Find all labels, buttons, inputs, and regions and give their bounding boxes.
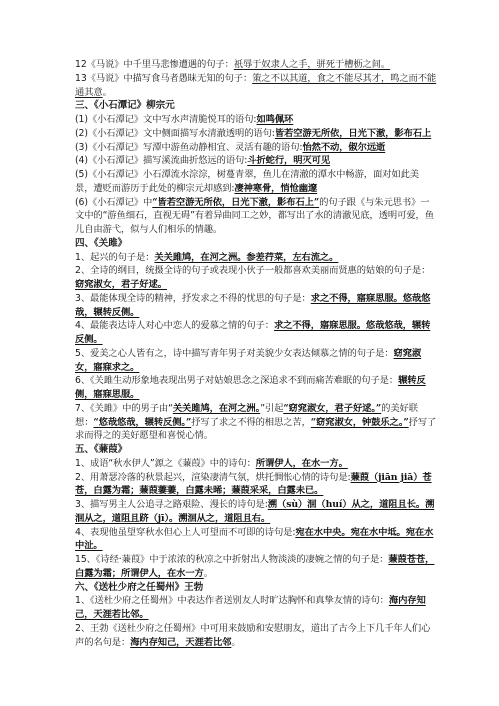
prompt-text: (4)《小石潭记》描写溪流曲折悠远的语句: bbox=[75, 155, 247, 166]
answer-text: “悠哉悠哉，辗转反侧。” bbox=[93, 417, 191, 428]
question-item: 2、全诗的纲目，统摄全诗的句子或表现小伙子一般都喜欢美丽而贤惠的姑娘的句子是：窈… bbox=[75, 264, 437, 292]
question-item: 6、《关雎生动形象地表现出男子对姑娘思念之深追求不到而痛苦难眠的句子是：辗转反侧… bbox=[75, 374, 437, 402]
prompt-text: 1、起兴的句子是： bbox=[75, 252, 154, 263]
prompt-text: 六、《送杜少府之任蜀州》王勃 bbox=[75, 582, 203, 593]
question-item: 1、成语“秋水伊人”源之《蒹葭》中的诗句：所谓伊人，在水一方。 bbox=[75, 457, 437, 471]
question-item: (3)《小石潭记》写潭中游鱼动静相宜、灵活有趣的语句:怡然不动，俶尔远逝 bbox=[75, 141, 437, 155]
answer-text: 关关雎鸠，在河之洲。 bbox=[173, 403, 260, 414]
question-item: 1、起兴的句子是：关关雎鸠，在河之洲。参差荇菜，左右流之。 bbox=[75, 251, 437, 265]
answer-text: 皆若空游无所依，日光下澈，影布石上 bbox=[275, 128, 431, 139]
answer-text: 窈窕淑女，君子好逑。 bbox=[75, 279, 167, 290]
question-item: 4、表现他虽望穿秋水但心上人可望而不可即的诗句是:宛在水中央。宛在水中坻。宛在水… bbox=[75, 526, 437, 554]
prompt-text: 1、《送杜少府之任蜀州》中表达作者送别友人时旷达胸怀和真挚友情的诗句： bbox=[75, 595, 389, 606]
question-item: 1、《送杜少府之任蜀州》中表达作者送别友人时旷达胸怀和真挚友情的诗句：海内存知己… bbox=[75, 594, 437, 622]
prompt-text: (1)《小石潭记》文中写水声清脆悦耳的语句: bbox=[75, 114, 256, 125]
question-item: 3、描写男主人公追寻之路艰险、漫长的诗句是:溯（sù）洄（huí）从之，道阻且长… bbox=[75, 498, 437, 526]
question-item: (1)《小石潭记》文中写水声清脆悦耳的语句:如鸣佩环 bbox=[75, 113, 437, 127]
prompt-text: 。 bbox=[204, 568, 213, 579]
question-item: (5)《小石潭记》小石潭流水淙淙，树蔓青翠，鱼儿在清澈的潭水中畅游，面对如此美景… bbox=[75, 168, 437, 196]
section-heading: 五、《蒹葭》 bbox=[75, 443, 437, 457]
answer-text: 斗折蛇行，明灭可见 bbox=[247, 155, 330, 166]
prompt-text: 4、最能表达诗人对心中恋人的爱慕之情的句子： bbox=[75, 320, 274, 331]
question-item: (6)《小石潭记》中“皆若空游无所依，日光下澈，影布石上”的句子跟《与朱元思书》… bbox=[75, 196, 437, 237]
section-heading: 六、《送杜少府之任蜀州》王勃 bbox=[75, 581, 437, 595]
prompt-text: 抒写了求之不得的相思之苦， bbox=[191, 417, 311, 428]
document-page: 12《马说》中千里马悲惨遭遇的句子：祇辱于奴隶人之手，骈死于槽枥之间。13《马说… bbox=[75, 58, 437, 649]
prompt-text: 2、王勃《送杜少府之任蜀州》中可用来鼓励和安慰朋友，道出了古今上下几千年人们心声… bbox=[75, 623, 430, 648]
question-item: 2、用萧瑟冷落的秋景起兴，渲染凄清气氛，烘托惆怅心情的诗句是:蒹葭（jiān j… bbox=[75, 471, 437, 499]
prompt-text: 3、最能体现全诗的精神，抒发求之不得的忧思的句子是： bbox=[75, 293, 311, 304]
answer-text: 所谓伊人，在水一方。 bbox=[256, 458, 348, 469]
prompt-text: 2、用萧瑟冷落的秋景起兴，渲染凄清气氛，烘托惆怅心情的诗句是: bbox=[75, 472, 351, 483]
prompt-text: 15、《诗经·蒹葭》中于浓浓的秋凉之中折射出人物淡淡的凄婉之情的句子是： bbox=[75, 554, 388, 565]
section-heading: 四、《关雎》 bbox=[75, 237, 437, 251]
prompt-text: 。 bbox=[231, 637, 240, 648]
prompt-text: 三、《小石潭记》柳宗元 bbox=[75, 100, 175, 111]
prompt-text: 13《马说》中描写食马者愚昧无知的句子： bbox=[75, 73, 252, 84]
question-item: 3、最能体现全诗的精神，抒发求之不得的忧思的句子是：求之不得，寤寐思服。悠哉悠哉… bbox=[75, 292, 437, 320]
prompt-text: 3、描写男主人公追寻之路艰险、漫长的诗句是: bbox=[75, 499, 268, 510]
answer-text: 怡然不动，俶尔远逝 bbox=[302, 142, 385, 153]
prompt-text: 6、《关雎生动形象地表现出男子对姑娘思念之深追求不到而痛苦难眠的句子是： bbox=[75, 375, 398, 386]
prompt-text: 4、表现他虽望穿秋水但心上人可望而不可即的诗句是: bbox=[75, 527, 295, 538]
answer-text: 海内存知己，天涯若比邻 bbox=[130, 637, 231, 648]
prompt-text: (6)《小石潭记》中 bbox=[75, 197, 152, 208]
prompt-text: 。 bbox=[103, 87, 112, 98]
question-item: 7、《关雎》中的男子由“关关雎鸠，在河之洲。”引起“窈窕淑女，君子好逑。”的美好… bbox=[75, 402, 437, 443]
answer-text: “皆若空游无所依，日光下澈，影布石上” bbox=[152, 197, 319, 208]
answer-text: “窈窕淑女，钟鼓乐之。” bbox=[311, 417, 409, 428]
question-item: (4)《小石潭记》描写溪流曲折悠远的语句:斗折蛇行，明灭可见 bbox=[75, 154, 437, 168]
prompt-text: 7、《关雎》中的男子由“ bbox=[75, 403, 173, 414]
question-item: 13《马说》中描写食马者愚昧无知的句子：策之不以其道，食之不能尽其才，鸣之而不能… bbox=[75, 72, 437, 100]
question-item: 5、爱美之心人皆有之，诗中描写青年男子对美貌少女表达倾慕之情的句子是：窈窕淑女，… bbox=[75, 347, 437, 375]
prompt-text: 12《马说》中千里马悲惨遭遇的句子： bbox=[75, 59, 234, 70]
prompt-text: 五、《蒹葭》 bbox=[75, 444, 127, 455]
answer-text: 祇辱于奴隶人之手，骈死于槽枥之间。 bbox=[234, 59, 390, 70]
answer-text: “窈窕淑女，君子好逑。” bbox=[283, 403, 381, 414]
prompt-text: 2、全诗的纲目，统摄全诗的句子或表现小伙子一般都喜欢美丽而贤惠的姑娘的句子是： bbox=[75, 265, 430, 276]
question-item: 12《马说》中千里马悲惨遭遇的句子：祇辱于奴隶人之手，骈死于槽枥之间。 bbox=[75, 58, 437, 72]
prompt-text: 1、成语“秋水伊人”源之《蒹葭》中的诗句： bbox=[75, 458, 256, 469]
question-item: 4、最能表达诗人对心中恋人的爱慕之情的句子：求之不得，寤寐思服。悠哉悠哉，辗转反… bbox=[75, 319, 437, 347]
prompt-text: ”引起 bbox=[260, 403, 283, 414]
prompt-text: 5、爱美之心人皆有之，诗中描写青年男子对美貌少女表达倾慕之情的句子是： bbox=[75, 348, 394, 359]
question-item: 2、王勃《送杜少府之任蜀州》中可用来鼓励和安慰朋友，道出了古今上下几千年人们心声… bbox=[75, 622, 437, 650]
answer-text: 如鸣佩环 bbox=[256, 114, 293, 125]
answer-text: 凄神寒骨，悄怆幽邃 bbox=[234, 183, 317, 194]
question-item: 15、《诗经·蒹葭》中于浓浓的秋凉之中折射出人物淡淡的凄婉之情的句子是：蒹葭苍苍… bbox=[75, 553, 437, 581]
section-heading: 三、《小石潭记》柳宗元 bbox=[75, 99, 437, 113]
prompt-text: (2)《小石潭记》文中侧面描写水清澈透明的语句: bbox=[75, 128, 275, 139]
prompt-text: (3)《小石潭记》写潭中游鱼动静相宜、灵活有趣的语句: bbox=[75, 142, 302, 153]
prompt-text: 四、《关雎》 bbox=[75, 238, 127, 249]
question-item: (2)《小石潭记》文中侧面描写水清澈透明的语句:皆若空游无所依，日光下澈，影布石… bbox=[75, 127, 437, 141]
answer-text: 关关雎鸠，在河之洲。参差荇菜，左右流之。 bbox=[154, 252, 338, 263]
